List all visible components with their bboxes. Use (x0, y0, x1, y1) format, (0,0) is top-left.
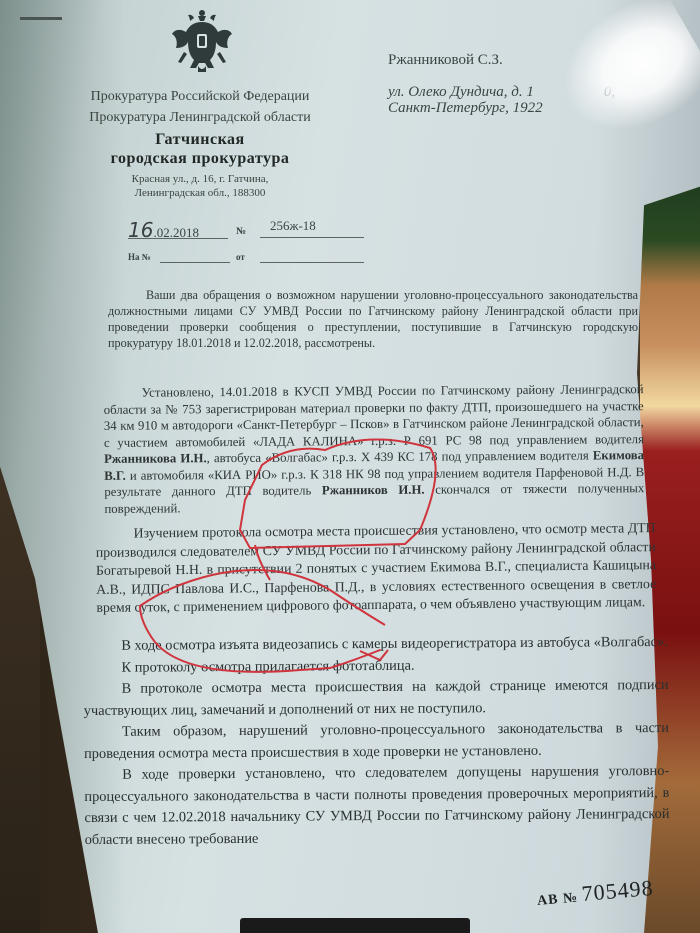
paragraph-2-part-a: Установлено, 14.01.2018 в КУСП УМВД Росс… (104, 382, 644, 449)
foreground-object (240, 918, 470, 933)
paragraph-4: В ходе осмотра изъята видеозапись с каме… (83, 632, 668, 658)
paragraph-2: Установлено, 14.01.2018 в КУСП УМВД Росс… (104, 381, 645, 517)
letterhead-org-line1: Прокуратура Российской Федерации (80, 86, 320, 107)
letter-body-inspection: Изучением протокола осмотра места происш… (96, 519, 657, 618)
paragraph-6: В протоколе осмотра места происшествия н… (84, 675, 669, 722)
reference-number-field (160, 262, 230, 263)
letter-body-conclusion: В ходе осмотра изъята видеозапись с каме… (83, 632, 669, 851)
paper-mark (20, 17, 62, 20)
registration-date: 16.02.2018 (128, 218, 228, 239)
registration-block: 16.02.2018 № 256ж-18 На № от (108, 218, 338, 278)
paragraph-7: Таким образом, нарушений уголовно-процес… (84, 718, 669, 765)
driver-name-1: Ржанникова И.Н. (104, 451, 207, 466)
letterhead-org-line2: Прокуратура Ленинградской области (80, 107, 320, 128)
paragraph-8: В ходе проверки установлено, что следова… (84, 761, 670, 851)
letterhead: Прокуратура Российской Федерации Прокура… (80, 86, 320, 200)
letterhead-address-line2: Ленинградская обл., 188300 (80, 186, 320, 200)
letterhead-address-line1: Красная ул., д. 16, г. Гатчина, (80, 172, 320, 186)
reference-from-label: от (236, 252, 245, 262)
driver-name-3: Ржанников И.Н. (322, 483, 425, 498)
letterhead-office-name-line2: городская прокуратура (80, 149, 320, 168)
recipient-street: ул. Олеко Дундича, д. 1 (388, 84, 534, 100)
paragraph-1: Ваши два обращения о возможном нарушении… (108, 287, 638, 351)
coat-of-arms-icon (172, 8, 232, 76)
reference-number-label: На № (128, 252, 151, 262)
photo-scene: Прокуратура Российской Федерации Прокура… (0, 0, 700, 933)
serial-label: АВ № (537, 890, 579, 909)
number-label: № (236, 226, 246, 237)
reference-date-field (260, 262, 364, 263)
handwritten-day: 16 (128, 218, 153, 242)
printed-date: .02.2018 (153, 225, 199, 240)
serial-value: 705498 (581, 875, 655, 906)
letterhead-office-name-line1: Гатчинская (80, 130, 320, 149)
paragraph-2-part-b: , автобуса «Волгабас» г.р.з. Х 439 КС 17… (207, 448, 593, 465)
paragraph-3: Изучением протокола осмотра места происш… (96, 519, 657, 618)
letter-body-intro: Ваши два обращения о возможном нарушении… (108, 287, 638, 351)
registration-number: 256ж-18 (260, 218, 364, 238)
letter-body-facts: Установлено, 14.01.2018 в КУСП УМВД Росс… (104, 381, 645, 517)
